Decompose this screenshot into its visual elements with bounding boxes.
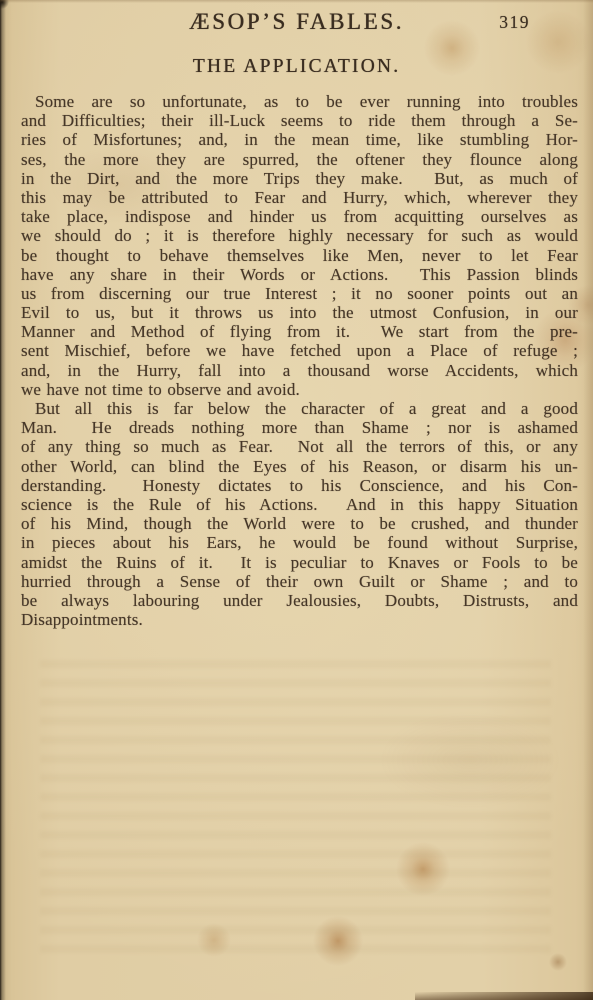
scan-edge-top: [0, 0, 593, 3]
text-line: Some are so unfortunate, as to be ever r…: [21, 92, 578, 111]
text-line: and, in the Hurry, fall into a thousand …: [21, 361, 578, 380]
page-number: 319: [499, 12, 530, 33]
text-line: of his Mind, though the World were to be…: [21, 514, 578, 533]
text-line: we have not time to observe and avoid.: [21, 380, 578, 399]
text-line: Man. He dreads nothing more than Shame ;…: [21, 418, 578, 437]
text-line: sent Mischief, before we have fetched up…: [21, 341, 578, 360]
text-line: and Difficulties; their ill-Luck seems t…: [21, 111, 578, 130]
scan-edge-right: [583, 0, 593, 1000]
showthrough-text: [40, 660, 551, 955]
text-line: ries of Misfortunes; and, in the mean ti…: [21, 130, 578, 149]
text-line: this may be attributed to Fear and Hurry…: [21, 188, 578, 207]
text-line: Evil to us, but it throws us into the ut…: [21, 303, 578, 322]
text-line: have any share in their Words or Actions…: [21, 265, 578, 284]
text-line: derstanding. Honesty dictates to his Con…: [21, 476, 578, 495]
text-line: Manner and Method of flying from it. We …: [21, 322, 578, 341]
paragraph-1: Some are so unfortunate, as to be ever r…: [21, 92, 578, 399]
text-line: ses, the more they are spurred, the ofte…: [21, 150, 578, 169]
text-line: But all this is far below the character …: [21, 399, 578, 418]
text-line: Disappointments.: [21, 610, 578, 629]
text-line: hurried through a Sense of their own Gui…: [21, 572, 578, 591]
text-line: in pieces about his Ears, he would be fo…: [21, 533, 578, 552]
text-line: be thought to behave themselves like Men…: [21, 246, 578, 265]
paragraph-2: But all this is far below the character …: [21, 399, 578, 629]
text-line: in the Dirt, and the more Trips they mak…: [21, 169, 578, 188]
text-line: amidst the Ruins of it. It is peculiar t…: [21, 553, 578, 572]
scan-edge-left: [0, 0, 6, 1000]
text-line: be always labouring under Jealousies, Do…: [21, 591, 578, 610]
body-text: Some are so unfortunate, as to be ever r…: [21, 92, 578, 629]
book-page: ÆSOP’S FABLES. 319 THE APPLICATION. Some…: [0, 0, 593, 1000]
section-title: THE APPLICATION.: [0, 56, 593, 78]
text-line: take place, indispose and hinder us from…: [21, 207, 578, 226]
text-line: we should do ; it is therefore highly ne…: [21, 226, 578, 245]
text-line: of any thing so much as Fear. Not all th…: [21, 437, 578, 456]
text-line: us from discerning our true Interest ; i…: [21, 284, 578, 303]
text-line: other World, can blind the Eyes of his R…: [21, 457, 578, 476]
scan-edge-bottom: [415, 992, 593, 1000]
text-line: science is the Rule of his Actions. And …: [21, 495, 578, 514]
